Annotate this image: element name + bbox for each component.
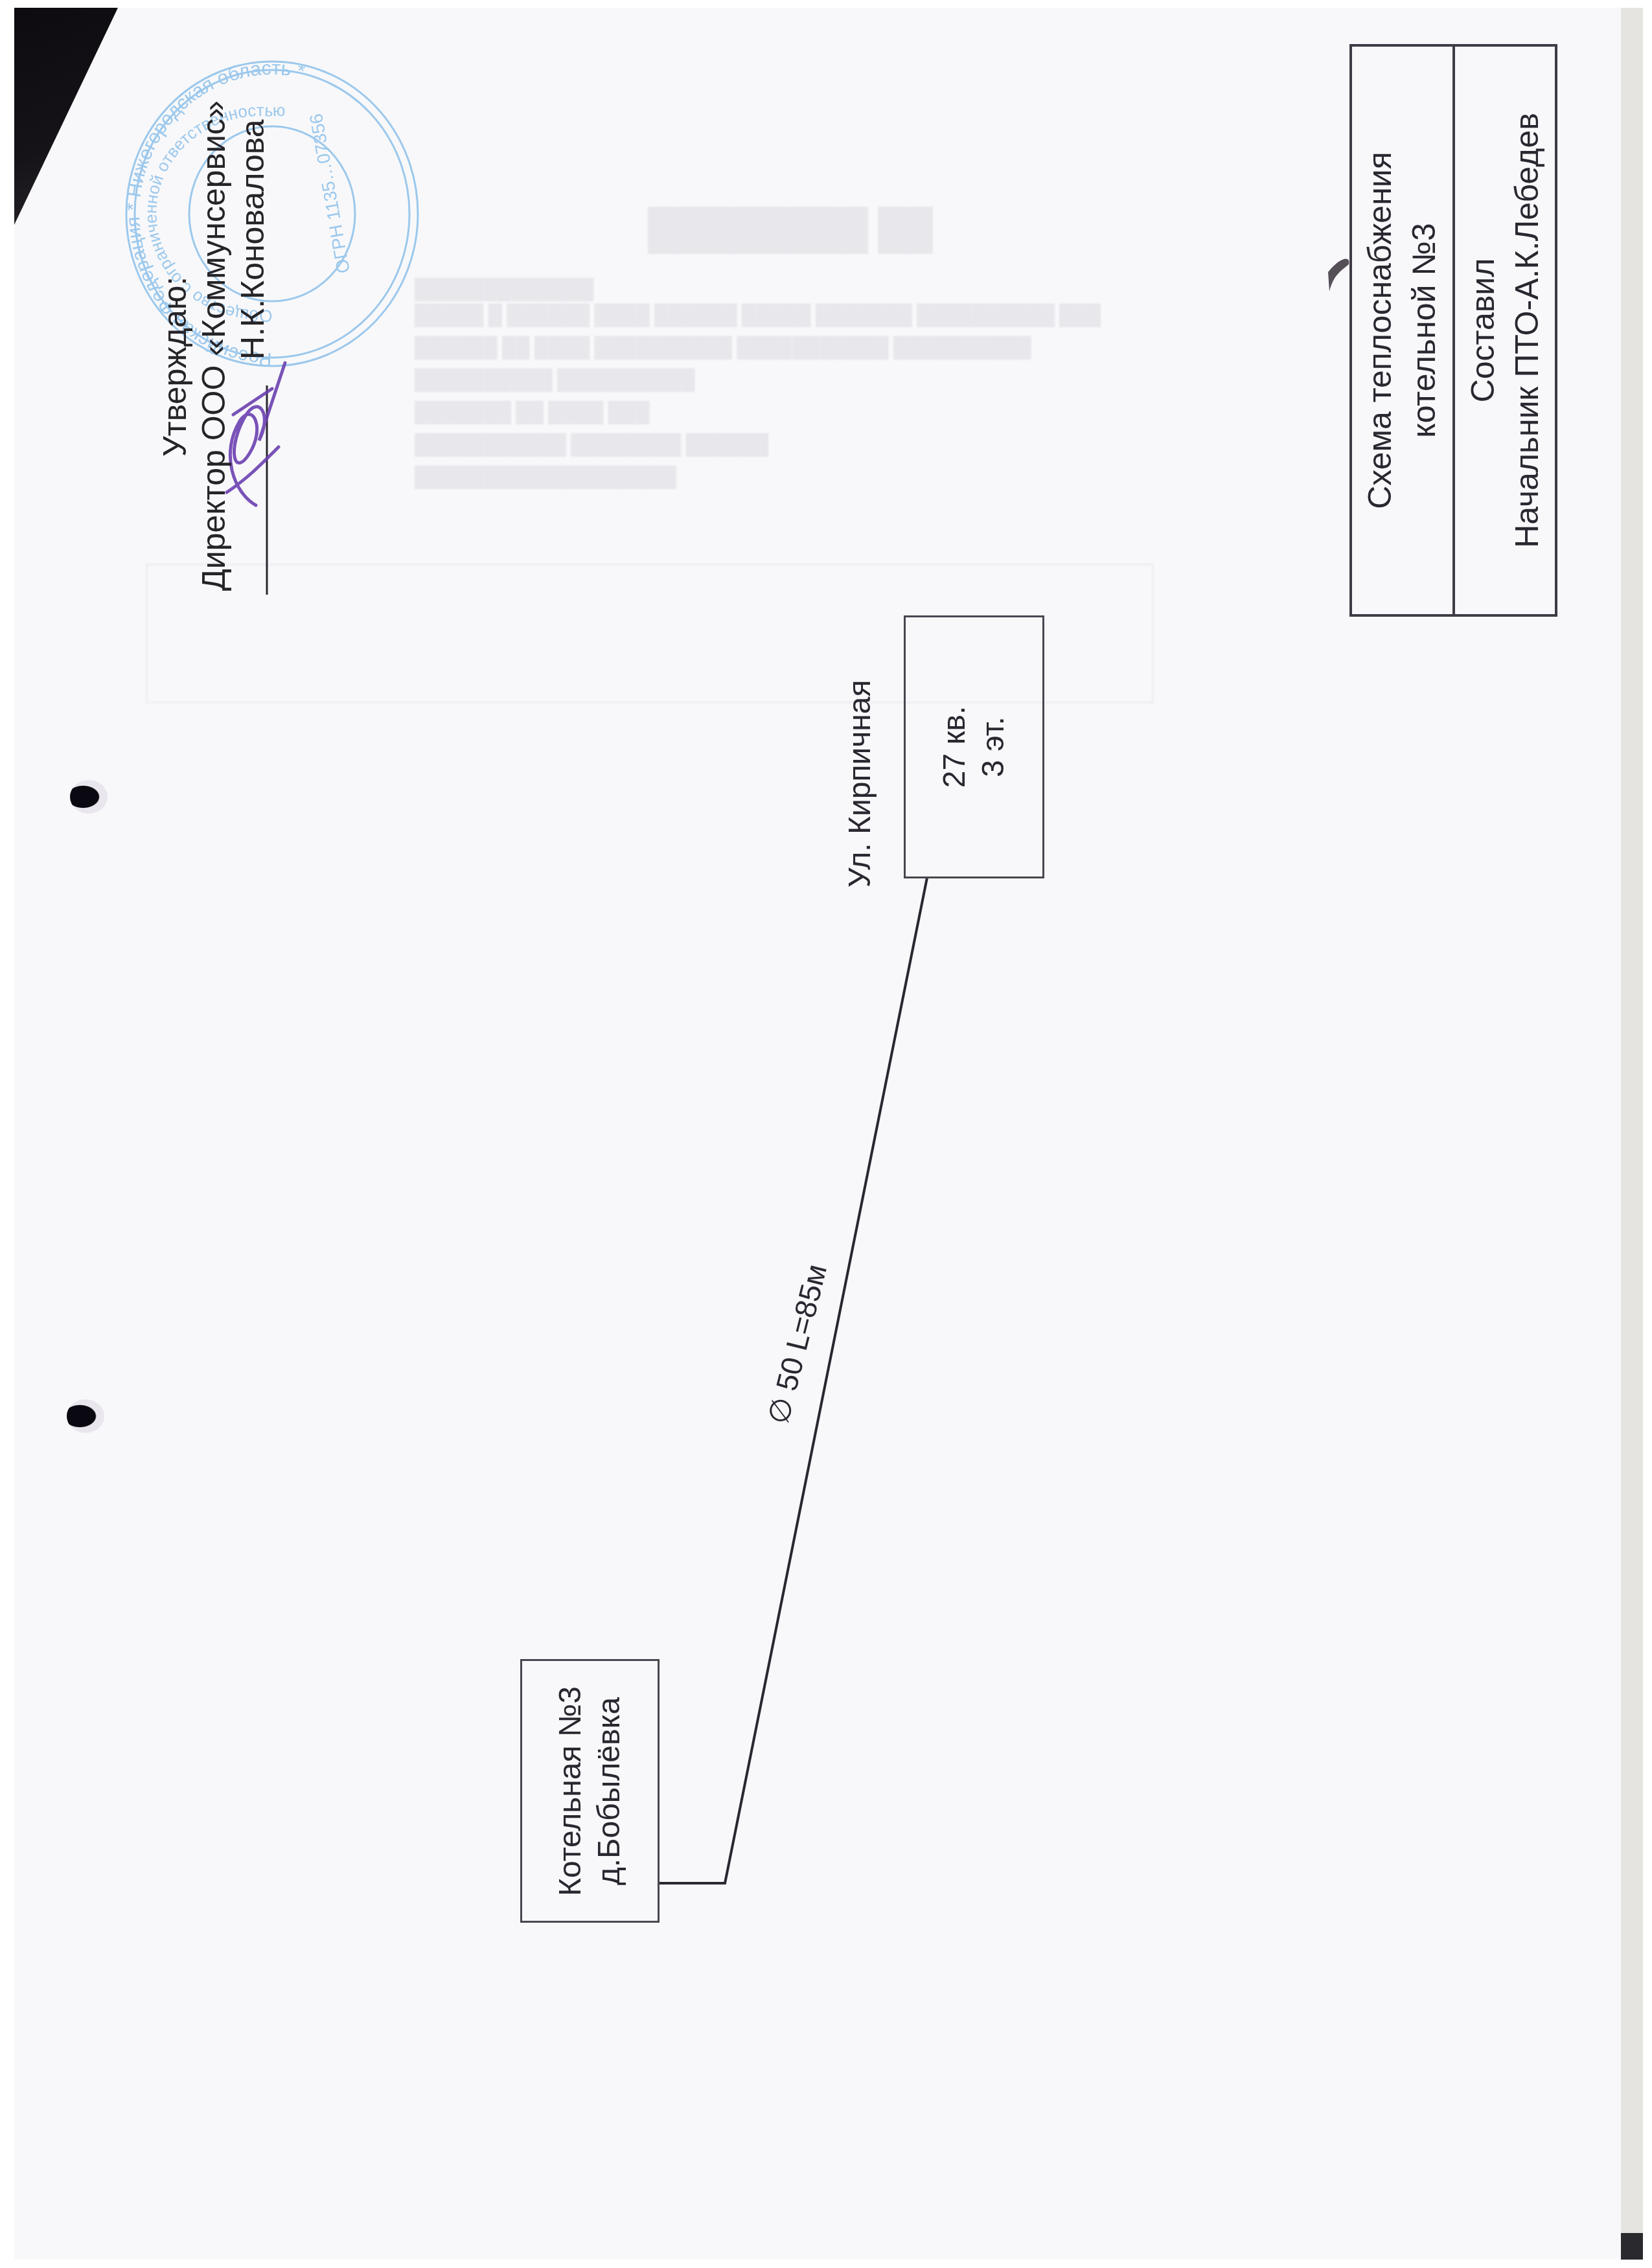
boiler-location: д.Бобылёвка [590,1686,629,1896]
approval-label: Утверждаю: [155,277,194,457]
title-block: Схема теплоснабжения котельной №3 Состав… [1349,44,1557,617]
compiled-cell: Составил Начальник ПТО-А.К.Лебедев [1452,47,1555,614]
street-label: Ул. Кирпичная [842,680,878,888]
scheme-title-line1: Схема теплоснабжения [1358,152,1402,509]
approval-signatory: Н.К.Коновалова [233,119,272,360]
approval-position: Директор ООО «Коммунсервис» [194,100,233,591]
signature [227,363,285,505]
building-floors: 3 эт. [974,706,1013,788]
title-cell: Схема теплоснабжения котельной №3 [1352,47,1452,614]
boiler-node: Котельная №3 д.Бобылёвка [520,1659,660,1923]
scheme-title-line2: котельной №3 [1402,152,1446,509]
ink-blot [1328,258,1349,292]
svg-text:ОГРН 1135…07356: ОГРН 1135…07356 [306,112,354,275]
boiler-name: Котельная №3 [551,1686,590,1896]
building-node: 27 кв. 3 эт. [904,615,1044,878]
building-apartments: 27 кв. [935,706,974,788]
compiled-by: Начальник ПТО-А.К.Лебедев [1505,113,1549,548]
compiled-label: Составил [1461,113,1505,548]
